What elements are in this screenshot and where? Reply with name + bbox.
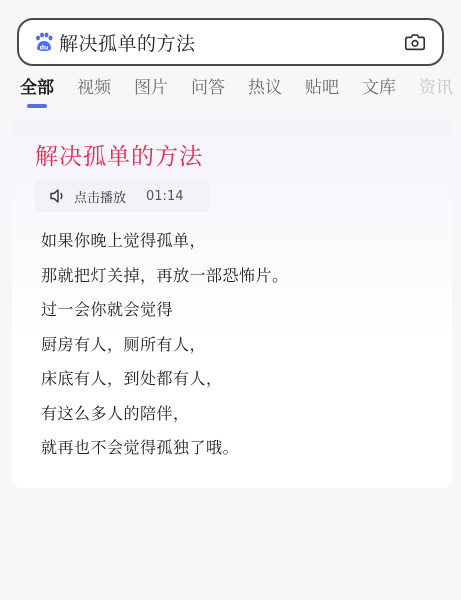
tab-label: 图片: [134, 78, 168, 98]
answer-line: 过一会你就会觉得: [41, 299, 289, 334]
camera-icon[interactable]: [402, 29, 428, 55]
search-bar[interactable]: du 解决孤单的方法: [17, 18, 444, 66]
svg-text:du: du: [40, 45, 49, 52]
tab-trending[interactable]: 热议: [248, 73, 282, 109]
tab-label: 问答: [191, 78, 225, 98]
tab-images[interactable]: 图片: [134, 73, 168, 109]
answer-line: 就再也不会觉得孤独了哦。: [41, 437, 289, 472]
tab-label: 文库: [362, 78, 396, 98]
audio-duration: 01:14: [146, 189, 183, 204]
card-title[interactable]: 解决孤单的方法: [35, 138, 203, 171]
tab-tieba[interactable]: 贴吧: [305, 73, 339, 109]
speaker-icon: [49, 188, 67, 204]
tab-label: 热议: [248, 78, 282, 98]
tab-label: 视频: [77, 78, 111, 98]
tab-qa[interactable]: 问答: [191, 73, 225, 109]
answer-line: 如果你晚上觉得孤单，: [41, 230, 289, 265]
active-tab-indicator: [27, 104, 47, 108]
answer-line: 有这么多人的陪伴，: [41, 403, 289, 438]
answer-text: 如果你晚上觉得孤单， 那就把灯关掉，再放一部恐怖片。 过一会你就会觉得 厨房有人…: [41, 230, 289, 472]
baidu-paw-icon: du: [33, 31, 55, 53]
answer-line: 床底有人，到处都有人，: [41, 368, 289, 403]
tab-news[interactable]: 资讯: [419, 73, 453, 109]
audio-play-button[interactable]: 点击播放 01:14: [35, 180, 210, 212]
tab-label: 贴吧: [305, 78, 339, 98]
search-input[interactable]: 解决孤单的方法: [59, 29, 402, 56]
answer-line: 那就把灯关掉，再放一部恐怖片。: [41, 265, 289, 300]
tab-wenku[interactable]: 文库: [362, 73, 396, 109]
answer-line: 厨房有人，厕所有人，: [41, 334, 289, 369]
tab-label: 全部: [20, 78, 54, 98]
tab-label: 资讯: [419, 78, 453, 98]
play-label: 点击播放: [74, 187, 126, 206]
tab-all[interactable]: 全部: [20, 73, 54, 109]
tab-video[interactable]: 视频: [77, 73, 111, 109]
search-tabs: 全部 视频 图片 问答 热议 贴吧 文库 资讯: [20, 73, 461, 109]
